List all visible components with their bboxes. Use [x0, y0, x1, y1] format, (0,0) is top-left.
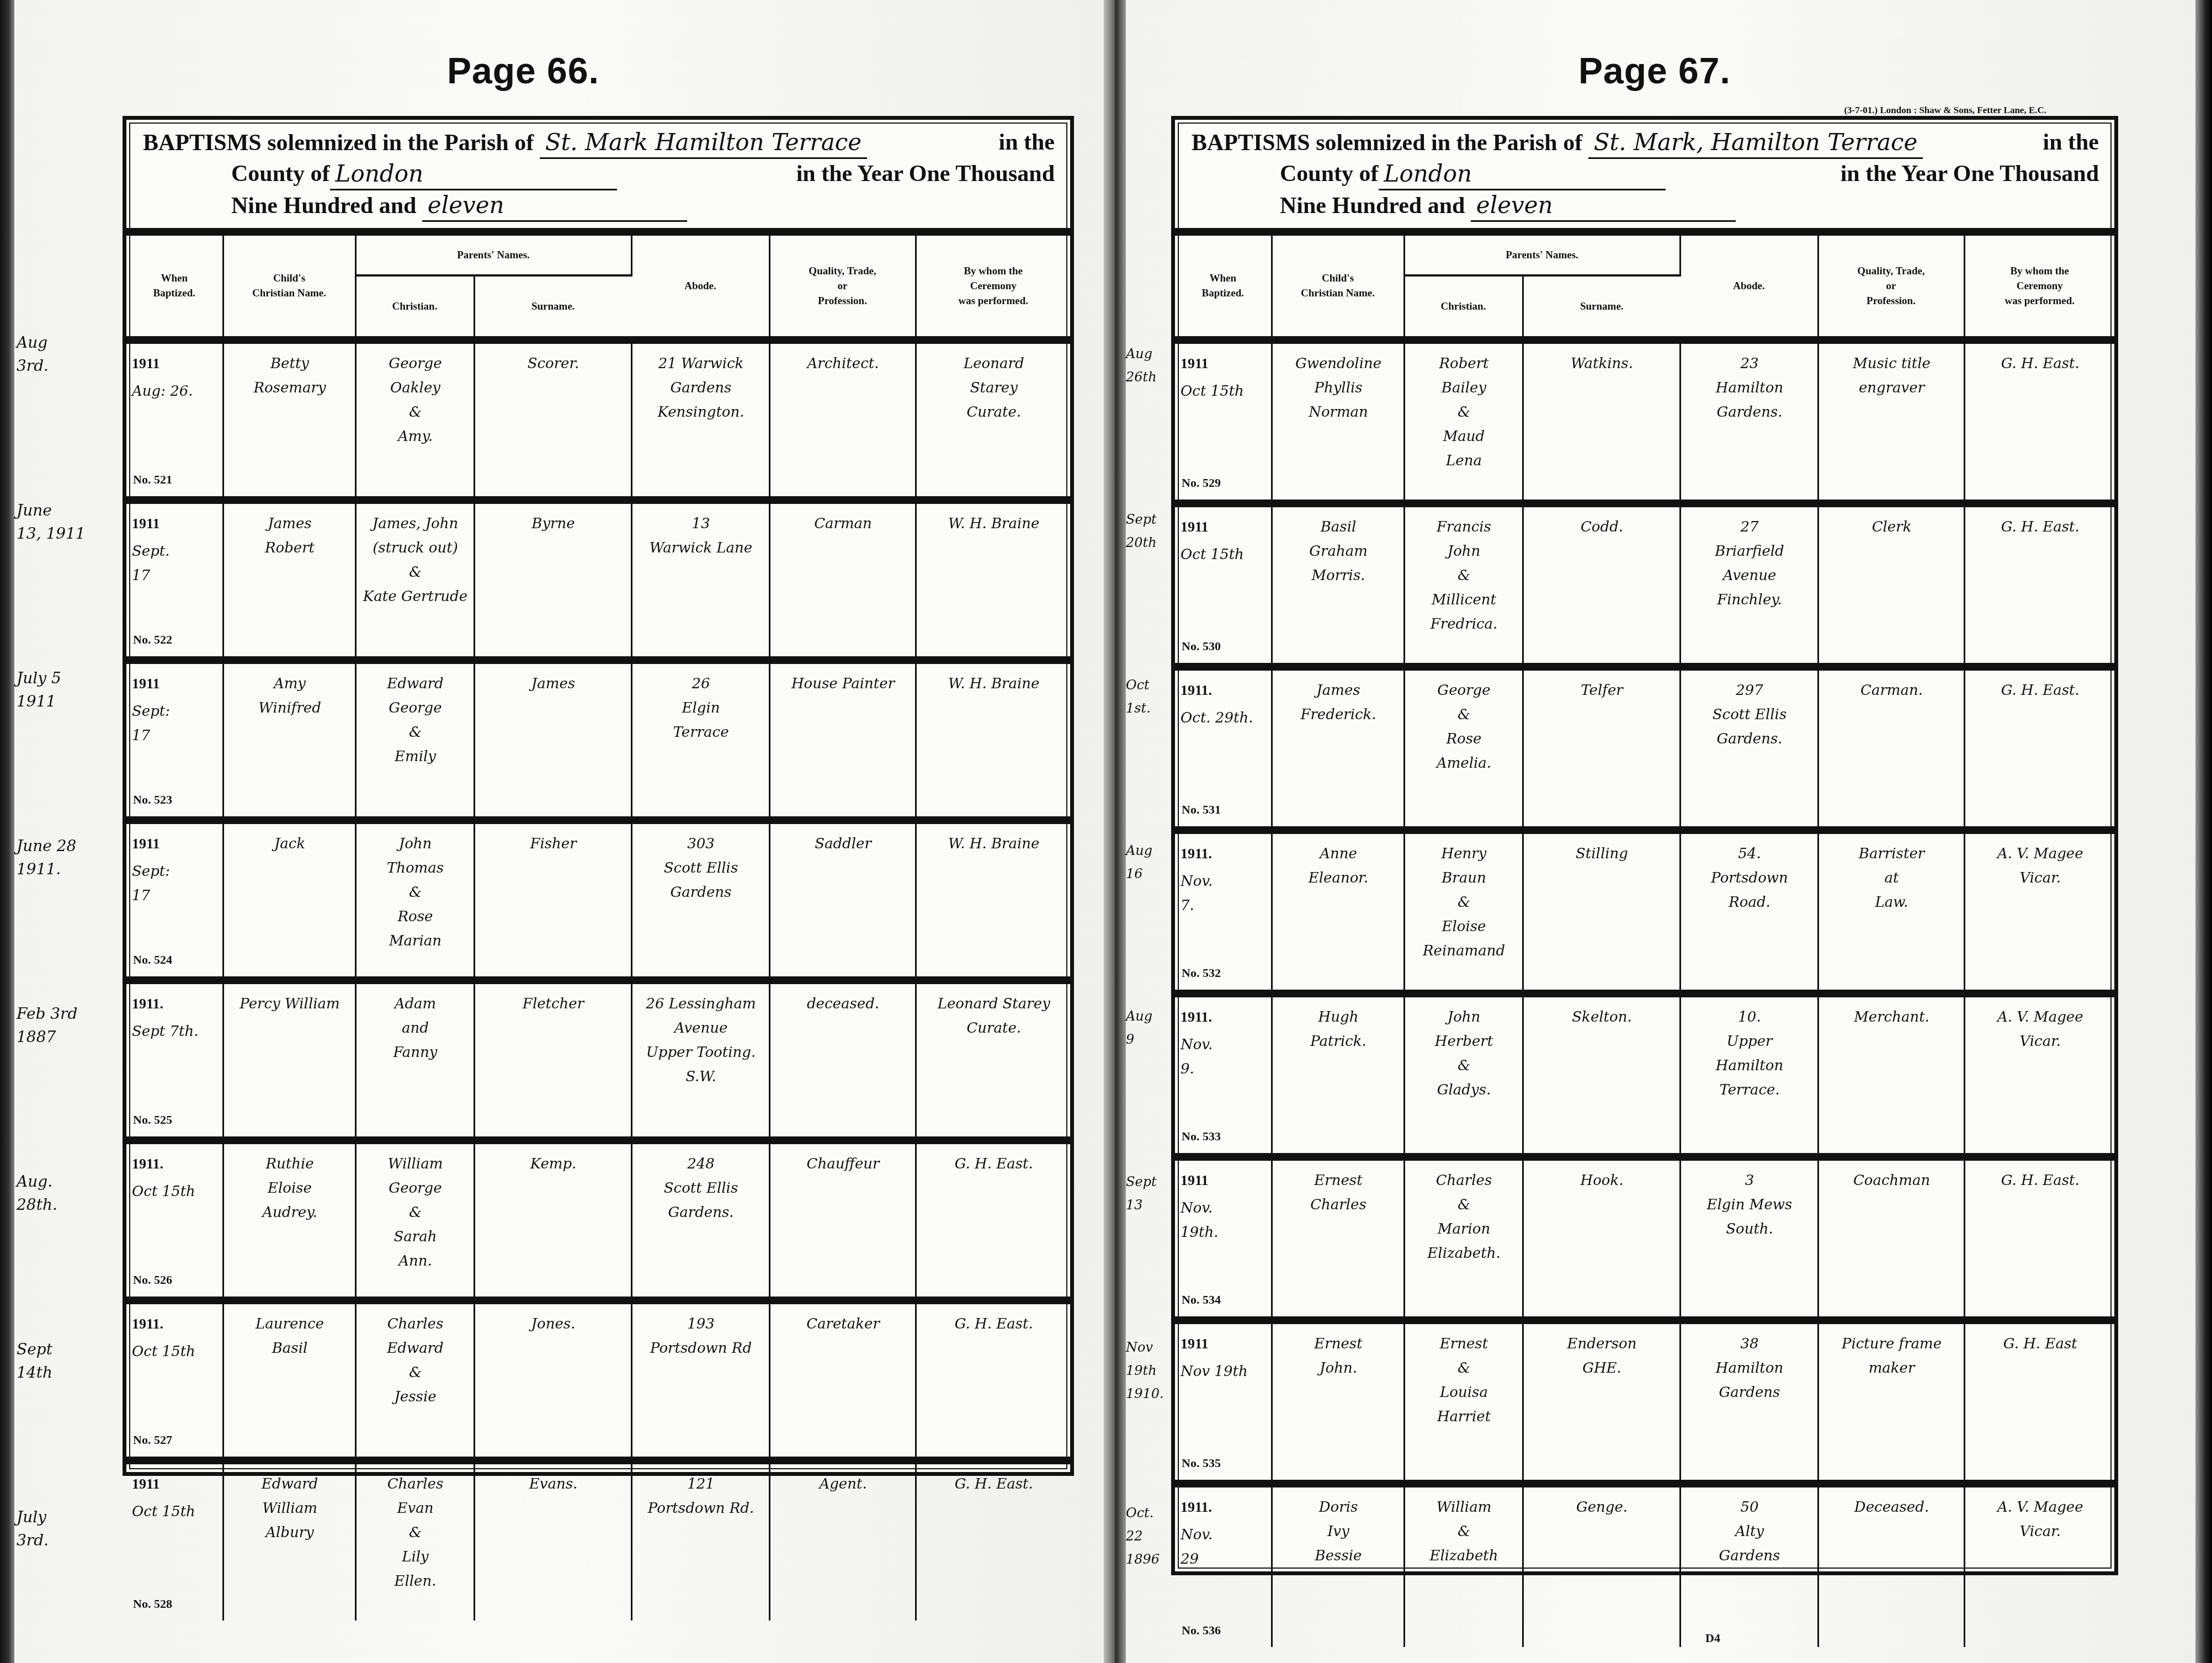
by-whom-cell: G. H. East. — [1964, 1157, 2114, 1320]
child-name-cell: Doris Ivy Bessie — [1272, 1484, 1404, 1647]
entry-year: 1911 — [1181, 515, 1267, 539]
entry-date: Sept. 17 — [132, 539, 218, 588]
by-whom-cell: G. H. East. — [1964, 340, 2114, 503]
register-entry-row: 1911Oct 15thNo. 529Gwendoline Phyllis No… — [1175, 340, 2114, 503]
col-parents-names: Parents' Names. — [1404, 236, 1680, 275]
col-parents-christian: Christian. — [355, 275, 474, 340]
when-baptized-cell: 1911Aug: 26.No. 521 — [126, 340, 223, 500]
register-entry-row: 1911Oct 15thNo. 530Basil Graham Morris.F… — [1175, 503, 2114, 667]
when-baptized-cell: 1911.Nov. 9.No. 533 — [1175, 993, 1272, 1157]
parents-surname-cell: Telfer — [1523, 667, 1680, 830]
parents-surname-cell: James — [474, 660, 631, 820]
birth-date-margin-note: Sept 13 — [1126, 1170, 1157, 1216]
birth-date-margin-note: Oct. 22 1896 — [1126, 1501, 1160, 1571]
when-baptized-cell: 1911Sept: 17No. 523 — [126, 660, 223, 820]
entry-year: 1911. — [1181, 1495, 1267, 1519]
when-baptized-cell: 1911Oct 15thNo. 528 — [126, 1460, 223, 1621]
entry-number: No. 535 — [1182, 1451, 1221, 1475]
abode-cell: 21 Warwick Gardens Kensington. — [631, 340, 769, 500]
register-entry-row: 1911Oct 15thNo. 528Edward William Albury… — [126, 1460, 1070, 1621]
register-entry-row: 1911.Nov. 29No. 536Doris Ivy BessieWilli… — [1175, 1484, 2114, 1647]
entry-date: Oct 15th — [132, 1340, 218, 1364]
parents-christian-cell: Charles Evan & Lily Ellen. — [355, 1460, 474, 1621]
entries-table: When Baptized. Child's Christian Name. P… — [126, 236, 1070, 1621]
register-entry-row: 1911.Oct 15thNo. 527Laurence BasilCharle… — [126, 1300, 1070, 1460]
parents-surname-cell: Fletcher — [474, 980, 631, 1140]
quality-cell: Picture frame maker — [1818, 1320, 1964, 1484]
entry-date: Aug: 26. — [132, 379, 218, 403]
entry-number: No. 533 — [1182, 1124, 1221, 1149]
col-parents-surname: Surname. — [474, 275, 631, 340]
printer-imprint: (3-7-01.) London : Shaw & Sons, Fetter L… — [1844, 105, 2046, 116]
birth-date-margin-note: Sept 14th — [17, 1338, 52, 1384]
col-when-baptized: When Baptized. — [1175, 236, 1272, 340]
col-abode: Abode. — [1680, 236, 1818, 340]
child-name-cell: Basil Graham Morris. — [1272, 503, 1404, 667]
col-quality: Quality, Trade, or Profession. — [769, 236, 916, 340]
child-name-cell: Percy William — [223, 980, 355, 1140]
entry-number: No. 528 — [133, 1592, 172, 1616]
parents-surname-cell: Byrne — [474, 500, 631, 660]
when-baptized-cell: 1911.Oct. 29th.No. 531 — [1175, 667, 1272, 830]
entry-date: Sept 7th. — [132, 1019, 218, 1044]
when-baptized-cell: 1911.Oct 15thNo. 526 — [126, 1140, 223, 1300]
parents-christian-cell: Henry Braun & Eloise Reinamand — [1404, 830, 1523, 993]
entry-number: No. 534 — [1182, 1288, 1221, 1312]
when-baptized-cell: 1911.Nov. 29No. 536 — [1175, 1484, 1272, 1647]
col-parents-christian: Christian. — [1404, 275, 1523, 340]
entry-date: Oct. 29th. — [1181, 706, 1267, 730]
parents-christian-cell: George Oakley & Amy. — [355, 340, 474, 500]
book-binding-edge — [2195, 0, 2212, 1663]
register-heading: BAPTISMS solemnized in the Parish of St.… — [126, 120, 1070, 221]
quality-cell: Barrister at Law. — [1818, 830, 1964, 993]
register-spread: Page 66. Aug 3rd.June 13, 1911July 5 191… — [0, 0, 2212, 1663]
abode-cell: 303 Scott Ellis Gardens — [631, 820, 769, 980]
abode-cell: 13 Warwick Lane — [631, 500, 769, 660]
entry-year: 1911 — [132, 512, 218, 536]
year-field: eleven — [422, 190, 687, 222]
parents-christian-cell: Robert Bailey & Maud Lena — [1404, 340, 1523, 503]
parish-field: St. Mark Hamilton Terrace — [540, 127, 867, 159]
birth-date-margin-note: July 5 1911 — [17, 667, 61, 713]
entry-year: 1911. — [1181, 842, 1267, 866]
entry-number: No. 536 — [1182, 1618, 1221, 1643]
parents-surname-cell: Genge. — [1523, 1484, 1680, 1647]
year-prefix: Nine Hundred and — [1280, 193, 1465, 219]
entries-body: 1911Aug: 26.No. 521Betty RosemaryGeorge … — [126, 340, 1070, 1621]
col-quality: Quality, Trade, or Profession. — [1818, 236, 1964, 340]
entry-date: Oct 15th — [1181, 543, 1267, 567]
heading-suffix: in the — [998, 127, 1055, 159]
county-field: London — [1379, 159, 1666, 190]
parents-christian-cell: Edward George & Emily — [355, 660, 474, 820]
parents-christian-cell: Charles & Marion Elizabeth. — [1404, 1157, 1523, 1320]
parents-christian-cell: James, John (struck out) & Kate Gertrude — [355, 500, 474, 660]
birth-date-margin-note: Aug 16 — [1126, 839, 1152, 885]
abode-cell: 121 Portsdown Rd. — [631, 1460, 769, 1621]
quality-cell: Carman — [769, 500, 916, 660]
by-whom-cell: G. H. East. — [916, 1300, 1070, 1460]
abode-cell: 193 Portsdown Rd — [631, 1300, 769, 1460]
abode-cell: 54. Portsdown Road. — [1680, 830, 1818, 993]
parents-christian-cell: William & Elizabeth — [1404, 1484, 1523, 1647]
entry-date: Nov. 19th. — [1181, 1196, 1267, 1245]
register-heading: BAPTISMS solemnized in the Parish of St.… — [1175, 120, 2114, 221]
col-parents-surname: Surname. — [1523, 275, 1680, 340]
parents-christian-cell: Adam and Fanny — [355, 980, 474, 1140]
register-entry-row: 1911Nov. 19th.No. 534Ernest CharlesCharl… — [1175, 1157, 2114, 1320]
entry-date: Nov. 9. — [1181, 1033, 1267, 1081]
parents-christian-cell: William George & Sarah Ann. — [355, 1140, 474, 1300]
abode-cell: 10. Upper Hamilton Terrace. — [1680, 993, 1818, 1157]
page-title: Page 67. — [1578, 50, 1731, 92]
quality-cell: House Painter — [769, 660, 916, 820]
register-entry-row: 1911.Sept 7th.No. 525Percy WilliamAdam a… — [126, 980, 1070, 1140]
entry-number: No. 530 — [1182, 634, 1221, 658]
entry-date: Nov. 7. — [1181, 869, 1267, 918]
quality-cell: Music title engraver — [1818, 340, 1964, 503]
child-name-cell: Ruthie Eloise Audrey. — [223, 1140, 355, 1300]
quality-cell: Merchant. — [1818, 993, 1964, 1157]
child-name-cell: Edward William Albury — [223, 1460, 355, 1621]
abode-cell: 23 Hamilton Gardens. — [1680, 340, 1818, 503]
entry-date: Sept: 17 — [132, 699, 218, 748]
parents-christian-cell: George & Rose Amelia. — [1404, 667, 1523, 830]
abode-cell: 26 Elgin Terrace — [631, 660, 769, 820]
entry-year: 1911. — [132, 1152, 218, 1176]
col-child-name: Child's Christian Name. — [223, 236, 355, 340]
quality-cell: Agent. — [769, 1460, 916, 1621]
parents-christian-cell: Charles Edward & Jessie — [355, 1300, 474, 1460]
quality-cell: Clerk — [1818, 503, 1964, 667]
entry-year: 1911 — [1181, 1168, 1267, 1193]
baptism-register-table: BAPTISMS solemnized in the Parish of St.… — [1171, 116, 2118, 1575]
birth-date-margin-note: Aug 9 — [1126, 1005, 1152, 1051]
birth-date-margin-note: Sept 20th — [1126, 508, 1157, 554]
child-name-cell: James Frederick. — [1272, 667, 1404, 830]
entry-number: No. 531 — [1182, 798, 1221, 822]
sheet-mark: D4 — [1705, 1631, 1720, 1645]
parents-christian-cell: John Herbert & Gladys. — [1404, 993, 1523, 1157]
entry-date: Oct 15th — [132, 1500, 218, 1524]
col-parents-names: Parents' Names. — [355, 236, 631, 275]
when-baptized-cell: 1911Nov 19thNo. 535 — [1175, 1320, 1272, 1484]
child-name-cell: Ernest Charles — [1272, 1157, 1404, 1320]
birth-date-margin-note: June 13, 1911 — [17, 499, 86, 545]
parents-surname-cell: Jones. — [474, 1300, 631, 1460]
parents-surname-cell: Enderson GHE. — [1523, 1320, 1680, 1484]
entries-table: When Baptized. Child's Christian Name. P… — [1175, 236, 2114, 1647]
entry-year: 1911. — [1181, 678, 1267, 703]
page-title: Page 66. — [447, 50, 599, 92]
entry-year: 1911. — [132, 992, 218, 1016]
birth-date-margin-note: Aug 26th — [1126, 342, 1157, 389]
entry-number: No. 525 — [133, 1108, 172, 1132]
child-name-cell: Hugh Patrick. — [1272, 993, 1404, 1157]
entry-number: No. 521 — [133, 467, 172, 492]
register-entry-row: 1911Nov 19thNo. 535Ernest John.Ernest & … — [1175, 1320, 2114, 1484]
quality-cell: deceased. — [769, 980, 916, 1140]
by-whom-cell: G. H. East. — [1964, 667, 2114, 830]
birth-date-margin-note: Nov 19th 1910. — [1126, 1336, 1164, 1405]
quality-cell: Caretaker — [769, 1300, 916, 1460]
parents-surname-cell: Evans. — [474, 1460, 631, 1621]
abode-cell: 297 Scott Ellis Gardens. — [1680, 667, 1818, 830]
register-entry-row: 1911.Oct. 29th.No. 531James Frederick.Ge… — [1175, 667, 2114, 830]
when-baptized-cell: 1911Oct 15thNo. 529 — [1175, 340, 1272, 503]
entry-year: 1911 — [132, 352, 218, 376]
child-name-cell: Betty Rosemary — [223, 340, 355, 500]
county-label: County of — [1280, 159, 1379, 190]
abode-cell: 38 Hamilton Gardens — [1680, 1320, 1818, 1484]
child-name-cell: James Robert — [223, 500, 355, 660]
entry-year: 1911 — [1181, 352, 1267, 376]
entry-number: No. 532 — [1182, 961, 1221, 985]
entry-number: No. 526 — [133, 1268, 172, 1292]
by-whom-cell: W. H. Braine — [916, 820, 1070, 980]
entry-date: Sept: 17 — [132, 859, 218, 908]
register-entry-row: 1911.Oct 15thNo. 526Ruthie Eloise Audrey… — [126, 1140, 1070, 1300]
parents-surname-cell: Stilling — [1523, 830, 1680, 993]
when-baptized-cell: 1911.Sept 7th.No. 525 — [126, 980, 223, 1140]
by-whom-cell: W. H. Braine — [916, 500, 1070, 660]
col-by-whom: By whom the Ceremony was performed. — [916, 236, 1070, 340]
quality-cell: Chauffeur — [769, 1140, 916, 1300]
entries-body: 1911Oct 15thNo. 529Gwendoline Phyllis No… — [1175, 340, 2114, 1647]
quality-cell: Architect. — [769, 340, 916, 500]
parents-surname-cell: Fisher — [474, 820, 631, 980]
heading-prefix: BAPTISMS solemnized in the Parish of — [1192, 130, 1582, 156]
birth-date-margin-note: Aug. 28th. — [17, 1170, 57, 1216]
county-label: County of — [231, 159, 330, 190]
birth-date-margin-note: Oct 1st. — [1126, 673, 1151, 720]
birth-date-margin-note: Aug 3rd. — [17, 331, 49, 378]
col-by-whom: By whom the Ceremony was performed. — [1964, 236, 2114, 340]
when-baptized-cell: 1911Sept: 17No. 524 — [126, 820, 223, 980]
register-entry-row: 1911Aug: 26.No. 521Betty RosemaryGeorge … — [126, 340, 1070, 500]
col-child-name: Child's Christian Name. — [1272, 236, 1404, 340]
col-abode: Abode. — [631, 236, 769, 340]
by-whom-cell: A. V. Magee Vicar. — [1964, 1484, 2114, 1647]
child-name-cell: Laurence Basil — [223, 1300, 355, 1460]
by-whom-cell: G. H. East. — [916, 1140, 1070, 1300]
abode-cell: 50 Alty Gardens — [1680, 1484, 1818, 1647]
abode-cell: 248 Scott Ellis Gardens. — [631, 1140, 769, 1300]
when-baptized-cell: 1911Sept. 17No. 522 — [126, 500, 223, 660]
child-name-cell: Anne Eleanor. — [1272, 830, 1404, 993]
entry-date: Oct 15th — [132, 1179, 218, 1204]
entry-number: No. 529 — [1182, 471, 1221, 495]
entry-number: No. 523 — [133, 788, 172, 812]
child-name-cell: Jack — [223, 820, 355, 980]
parents-surname-cell: Watkins. — [1523, 340, 1680, 503]
parents-surname-cell: Scorer. — [474, 340, 631, 500]
col-when-baptized: When Baptized. — [126, 236, 223, 340]
by-whom-cell: Leonard Starey Curate. — [916, 980, 1070, 1140]
entry-number: No. 524 — [133, 948, 172, 972]
quality-cell: Coachman — [1818, 1157, 1964, 1320]
by-whom-cell: W. H. Braine — [916, 660, 1070, 820]
year-label: in the Year One Thousand — [1841, 159, 2099, 190]
when-baptized-cell: 1911.Nov. 7.No. 532 — [1175, 830, 1272, 993]
when-baptized-cell: 1911Oct 15thNo. 530 — [1175, 503, 1272, 667]
entry-year: 1911 — [132, 1472, 218, 1496]
by-whom-cell: Leonard Starey Curate. — [916, 340, 1070, 500]
register-entry-row: 1911Sept. 17No. 522James RobertJames, Jo… — [126, 500, 1070, 660]
birth-date-margin-note: July 3rd. — [17, 1506, 49, 1552]
entry-year: 1911 — [132, 672, 218, 696]
child-name-cell: Gwendoline Phyllis Norman — [1272, 340, 1404, 503]
book-binding-edge — [0, 0, 14, 1663]
register-entry-row: 1911.Nov. 7.No. 532Anne Eleanor.Henry Br… — [1175, 830, 2114, 993]
year-field: eleven — [1471, 190, 1736, 222]
baptism-register-table: BAPTISMS solemnized in the Parish of St.… — [123, 116, 1074, 1476]
when-baptized-cell: 1911Nov. 19th.No. 534 — [1175, 1157, 1272, 1320]
entry-year: 1911 — [1181, 1332, 1267, 1356]
entry-year: 1911 — [132, 832, 218, 856]
register-entry-row: 1911Sept: 17No. 524JackJohn Thomas & Ros… — [126, 820, 1070, 980]
quality-cell: Deceased. — [1818, 1484, 1964, 1647]
child-name-cell: Amy Winifred — [223, 660, 355, 820]
county-field: London — [330, 159, 617, 190]
by-whom-cell: A. V. Magee Vicar. — [1964, 830, 2114, 993]
quality-cell: Carman. — [1818, 667, 1964, 830]
entry-number: No. 527 — [133, 1428, 172, 1452]
year-prefix: Nine Hundred and — [231, 193, 416, 219]
heading-prefix: BAPTISMS solemnized in the Parish of — [143, 130, 534, 156]
parish-field: St. Mark, Hamilton Terrace — [1588, 127, 1923, 159]
left-page: Page 66. Aug 3rd.June 13, 1911July 5 191… — [0, 0, 1104, 1663]
register-entry-row: 1911Sept: 17No. 523Amy WinifredEdward Ge… — [126, 660, 1070, 820]
by-whom-cell: A. V. Magee Vicar. — [1964, 993, 2114, 1157]
birth-date-margin-note: June 28 1911. — [17, 835, 76, 881]
abode-cell: 3 Elgin Mews South. — [1680, 1157, 1818, 1320]
by-whom-cell: G. H. East — [1964, 1320, 2114, 1484]
entry-year: 1911. — [1181, 1005, 1267, 1029]
parents-christian-cell: Francis John & Millicent Fredrica. — [1404, 503, 1523, 667]
by-whom-cell: G. H. East. — [916, 1460, 1070, 1621]
parents-surname-cell: Kemp. — [474, 1140, 631, 1300]
abode-cell: 27 Briarfield Avenue Finchley. — [1680, 503, 1818, 667]
birth-date-margin-note: Feb 3rd 1887 — [17, 1002, 77, 1049]
entry-date: Oct 15th — [1181, 379, 1267, 403]
parents-surname-cell: Hook. — [1523, 1157, 1680, 1320]
abode-cell: 26 Lessingham Avenue Upper Tooting. S.W. — [631, 980, 769, 1140]
year-label: in the Year One Thousand — [796, 159, 1055, 190]
parents-surname-cell: Codd. — [1523, 503, 1680, 667]
by-whom-cell: G. H. East. — [1964, 503, 2114, 667]
register-entry-row: 1911.Nov. 9.No. 533Hugh Patrick.John Her… — [1175, 993, 2114, 1157]
entry-year: 1911. — [132, 1312, 218, 1336]
parents-christian-cell: Ernest & Louisa Harriet — [1404, 1320, 1523, 1484]
book-gutter — [1104, 0, 1126, 1663]
right-page: Page 67. (3-7-01.) London : Shaw & Sons,… — [1126, 0, 2212, 1663]
entry-date: Nov 19th — [1181, 1359, 1267, 1384]
heading-suffix: in the — [2043, 127, 2099, 159]
child-name-cell: Ernest John. — [1272, 1320, 1404, 1484]
entry-date: Nov. 29 — [1181, 1523, 1267, 1571]
parents-surname-cell: Skelton. — [1523, 993, 1680, 1157]
when-baptized-cell: 1911.Oct 15thNo. 527 — [126, 1300, 223, 1460]
quality-cell: Saddler — [769, 820, 916, 980]
parents-christian-cell: John Thomas & Rose Marian — [355, 820, 474, 980]
entry-number: No. 522 — [133, 628, 172, 652]
